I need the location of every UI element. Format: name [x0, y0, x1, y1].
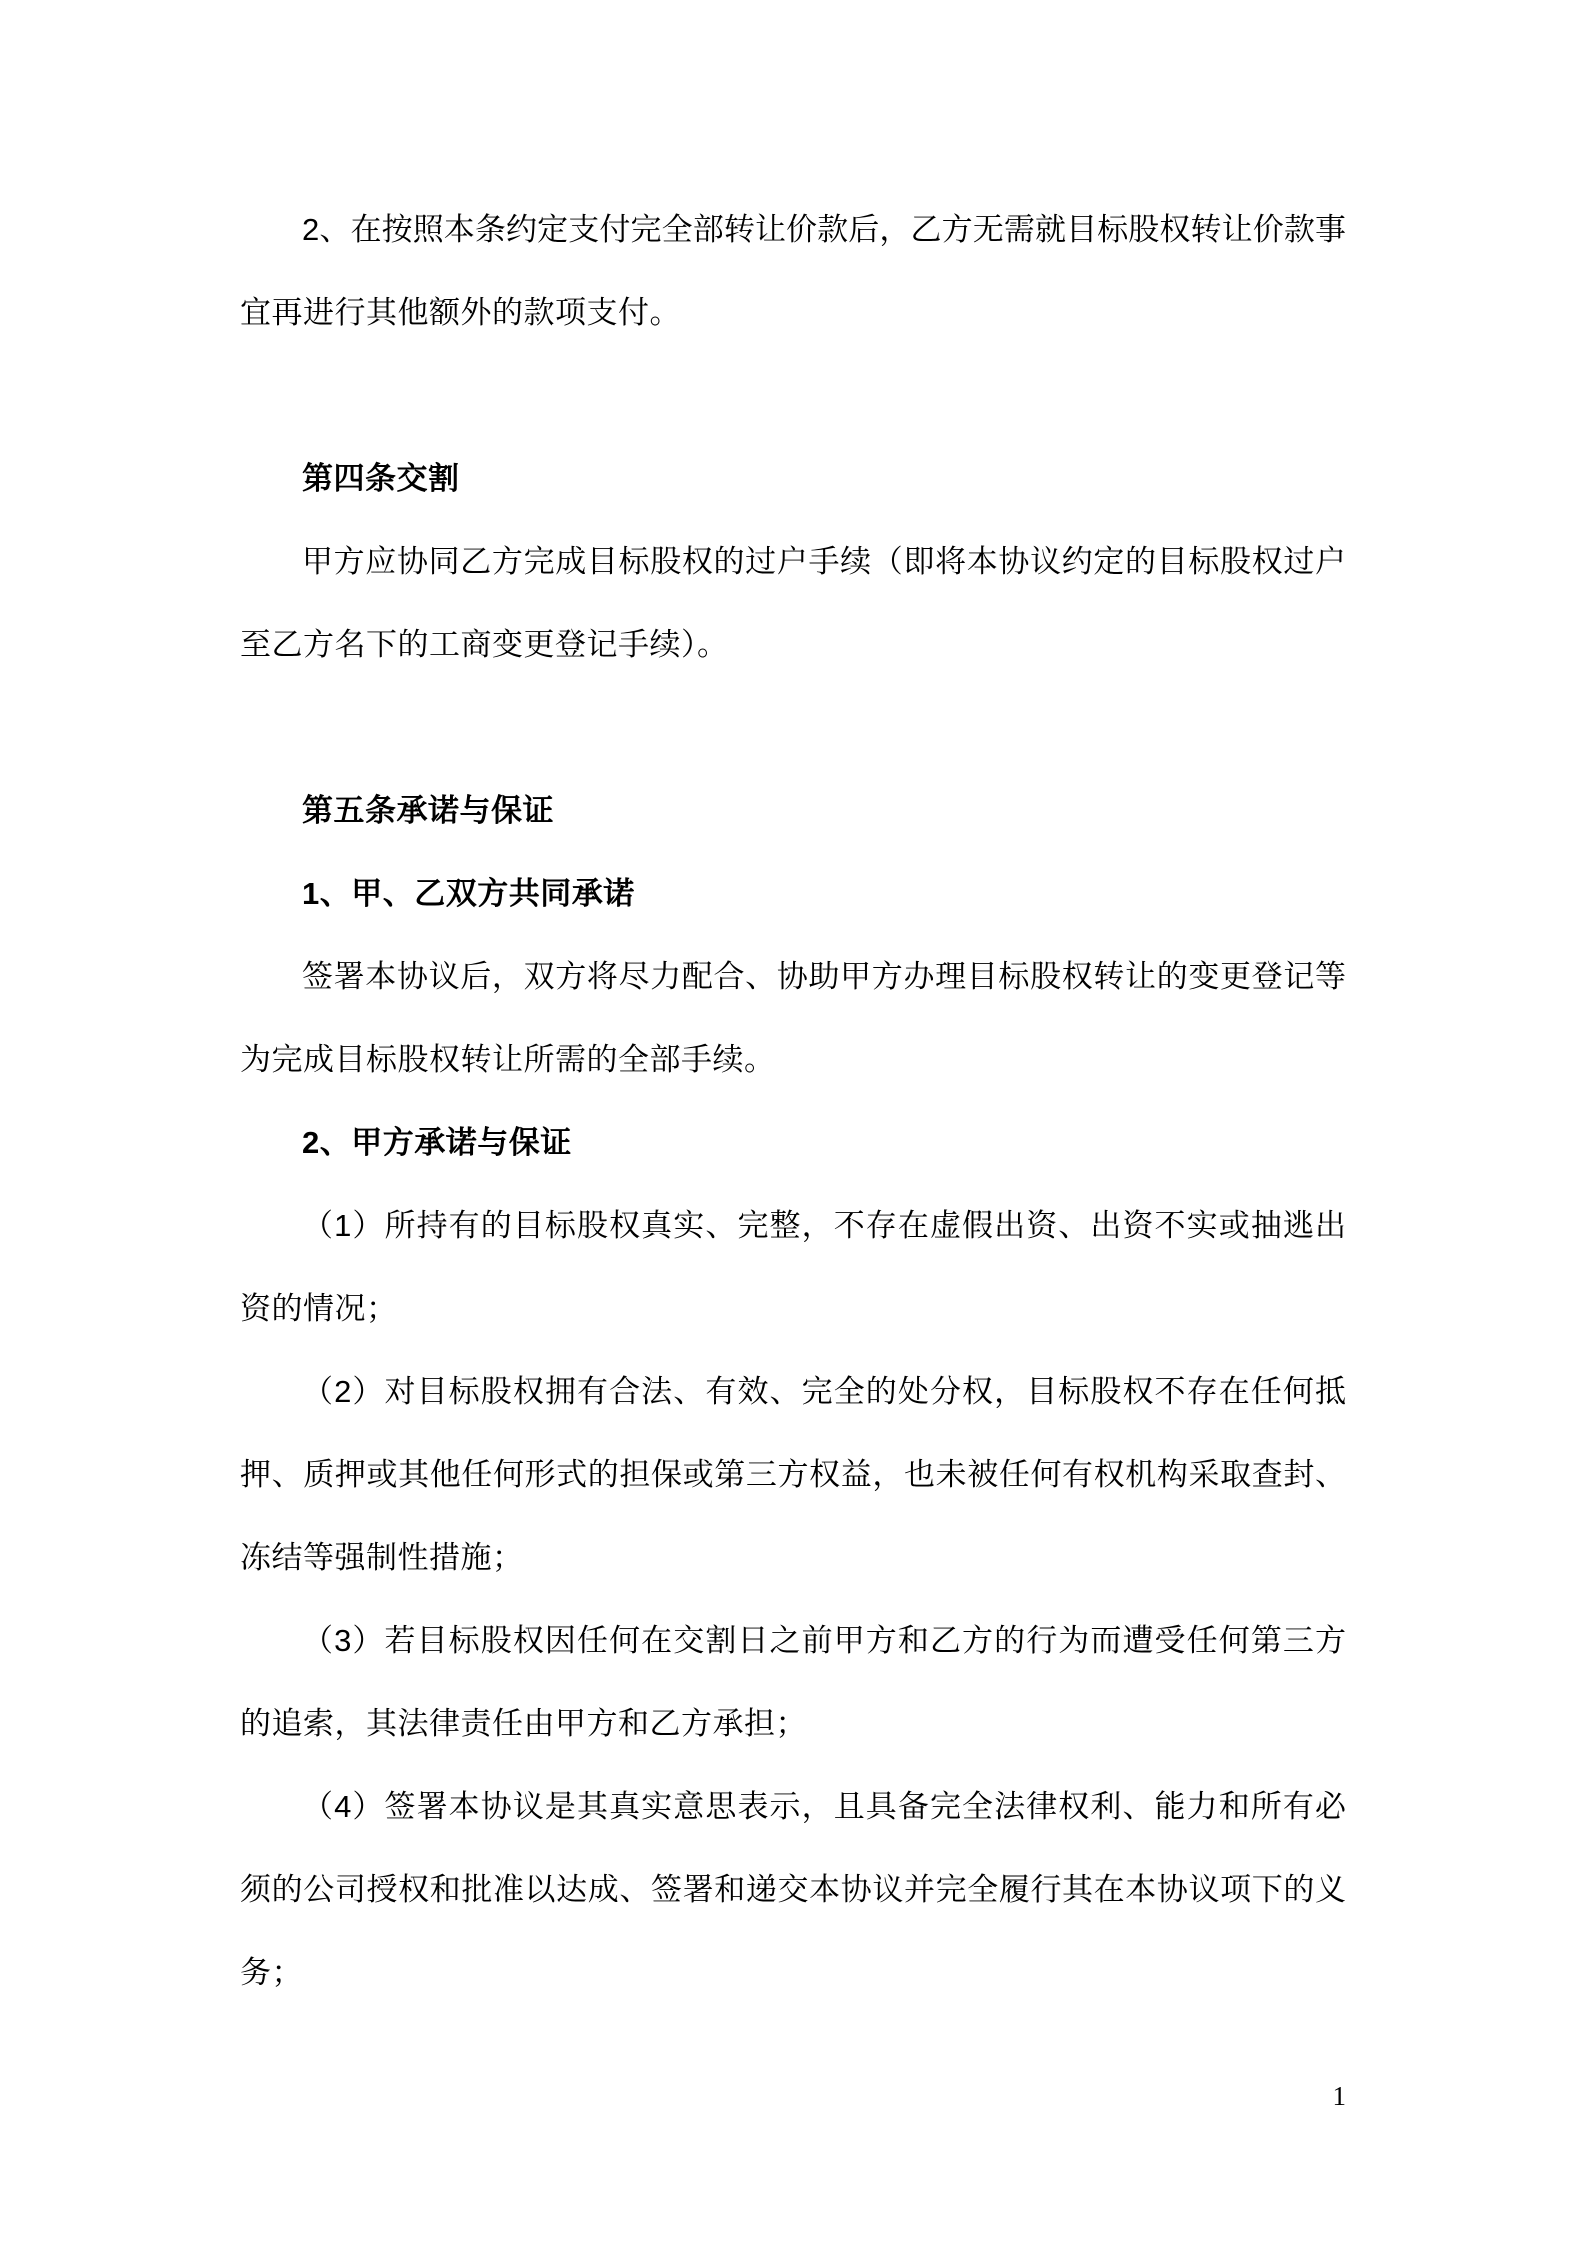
page-number: 1 [1333, 2072, 1347, 2120]
document-body: 2、在按照本条约定支付完全部转让价款后，乙方无需就目标股权转让价款事宜再进行其他… [240, 188, 1346, 2014]
document-line: （2）对目标股权拥有合法、有效、完全的处分权，目标股权不存在任何抵 [240, 1350, 1346, 1433]
document-line: 签署本协议后，双方将尽力配合、协助甲方办理目标股权转让的变更登记等 [240, 935, 1346, 1018]
document-line: 为完成目标股权转让所需的全部手续。 [240, 1018, 1346, 1101]
blank-line [240, 354, 1346, 437]
heading-line: 1、甲、乙双方共同承诺 [240, 852, 1346, 935]
document-page: 2、在按照本条约定支付完全部转让价款后，乙方无需就目标股权转让价款事宜再进行其他… [0, 0, 1586, 2244]
heading-line: 2、甲方承诺与保证 [240, 1101, 1346, 1184]
document-line: 押、质押或其他任何形式的担保或第三方权益，也未被任何有权机构采取查封、 [240, 1433, 1346, 1516]
document-line: （4）签署本协议是其真实意思表示，且具备完全法律权利、能力和所有必 [240, 1765, 1346, 1848]
document-line: 资的情况； [240, 1267, 1346, 1350]
document-line: 须的公司授权和批准以达成、签署和递交本协议并完全履行其在本协议项下的义 [240, 1848, 1346, 1931]
blank-line [240, 686, 1346, 769]
document-line: 2、在按照本条约定支付完全部转让价款后，乙方无需就目标股权转让价款事 [240, 188, 1346, 271]
heading-line: 第五条承诺与保证 [240, 769, 1346, 852]
document-line: 冻结等强制性措施； [240, 1516, 1346, 1599]
document-line: 宜再进行其他额外的款项支付。 [240, 271, 1346, 354]
document-line: 甲方应协同乙方完成目标股权的过户手续（即将本协议约定的目标股权过户 [240, 520, 1346, 603]
document-line: 至乙方名下的工商变更登记手续）。 [240, 603, 1346, 686]
document-line: （3）若目标股权因任何在交割日之前甲方和乙方的行为而遭受任何第三方 [240, 1599, 1346, 1682]
document-line: （1）所持有的目标股权真实、完整，不存在虚假出资、出资不实或抽逃出 [240, 1184, 1346, 1267]
heading-line: 第四条交割 [240, 437, 1346, 520]
document-line: 务； [240, 1931, 1346, 2014]
document-line: 的追索，其法律责任由甲方和乙方承担； [240, 1682, 1346, 1765]
